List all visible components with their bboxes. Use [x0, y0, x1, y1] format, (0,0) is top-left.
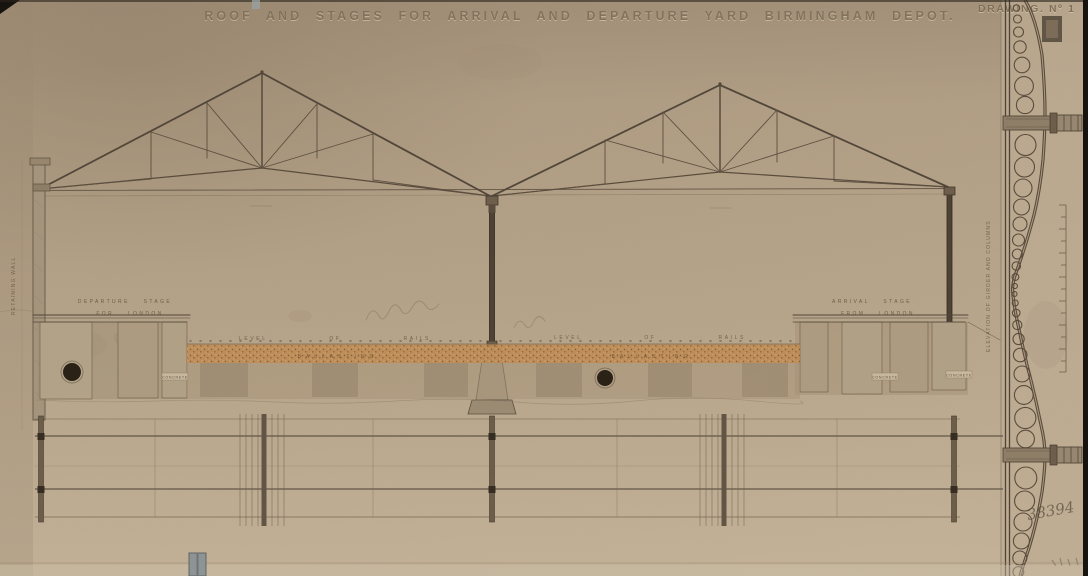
paper-grain-texture: [0, 0, 1088, 576]
paper-clip-top: [252, 0, 260, 9]
scan-table-strip: [0, 565, 1088, 576]
drawing-canvas: ROOF AND STAGES FOR ARRIVAL AND DEPARTUR…: [0, 0, 1088, 576]
scanned-engineering-drawing: ROOF AND STAGES FOR ARRIVAL AND DEPARTUR…: [0, 0, 1088, 576]
scan-edge-right: [1083, 0, 1088, 576]
paper-weight-clip: [189, 553, 206, 576]
scan-edge-top: [0, 0, 1088, 2]
